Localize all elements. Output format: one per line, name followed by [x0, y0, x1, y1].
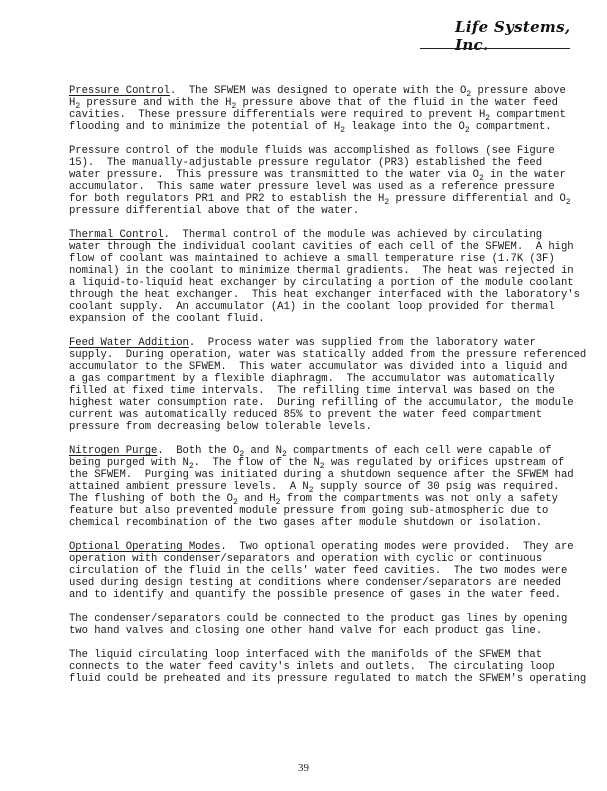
- page-number: 39: [0, 762, 607, 774]
- paragraph: Pressure control of the module fluids wa…: [69, 145, 569, 217]
- text-line: filled at fixed time intervals. The refi…: [69, 385, 569, 397]
- text-line: Pressure Control. The SFWEM was designed…: [69, 85, 569, 97]
- section-feed-water-addition: Feed Water Addition. Process water was s…: [69, 337, 569, 433]
- text-line: flooding and to minimize the potential o…: [69, 121, 569, 133]
- text-line: used during design testing at conditions…: [69, 577, 569, 589]
- text-line: 15). The manually-adjustable pressure re…: [69, 157, 569, 169]
- text-line: a liquid-to-liquid heat exchanger by cir…: [69, 277, 569, 289]
- section-nitrogen-purge: Nitrogen Purge. Both the O2 and N2 compa…: [69, 445, 569, 529]
- text-line: water through the individual coolant cav…: [69, 241, 569, 253]
- text-line: The flushing of both the O2 and H2 from …: [69, 493, 569, 505]
- section-heading: Feed Water Addition: [69, 337, 189, 349]
- section-heading: Thermal Control: [69, 229, 164, 241]
- text-line: Thermal Control. Thermal control of the …: [69, 229, 569, 241]
- text-line: water pressure. This pressure was transm…: [69, 169, 569, 181]
- section-heading: Nitrogen Purge: [69, 445, 157, 457]
- text-line: two hand valves and closing one other ha…: [69, 625, 569, 637]
- text-line: flow of coolant was maintained to achiev…: [69, 253, 569, 265]
- text-line: for both regulators PR1 and PR2 to estab…: [69, 193, 569, 205]
- text-line: connects to the water feed cavity's inle…: [69, 661, 569, 673]
- text-line: pressure from decreasing below tolerable…: [69, 421, 569, 433]
- text-line: Optional Operating Modes. Two optional o…: [69, 541, 569, 553]
- section-heading: Pressure Control: [69, 85, 170, 97]
- header-divider: [420, 48, 570, 49]
- text-line: H2 pressure and with the H2 pressure abo…: [69, 97, 569, 109]
- text-line: accumulator. This same water pressure le…: [69, 181, 569, 193]
- text-line: the SFWEM. Purging was initiated during …: [69, 469, 569, 481]
- paragraph: The liquid circulating loop interfaced w…: [69, 649, 569, 685]
- text-line: highest water consumption rate. During r…: [69, 397, 569, 409]
- text-line: nominal) in the coolant to minimize ther…: [69, 265, 569, 277]
- text-line: and to identify and quantify the possibl…: [69, 589, 569, 601]
- text-line: being purged with N2. The flow of the N2…: [69, 457, 569, 469]
- document-page: Life Systems, Inc. Pressure Control. The…: [0, 0, 607, 791]
- text-line: Feed Water Addition. Process water was s…: [69, 337, 569, 349]
- text-line: feature but also prevented module pressu…: [69, 505, 569, 517]
- section-thermal-control: Thermal Control. Thermal control of the …: [69, 229, 569, 325]
- text-line: attained ambient pressure levels. A N2 s…: [69, 481, 569, 493]
- text-line: operation with condenser/separators and …: [69, 553, 569, 565]
- text-line: current was automatically reduced 85% to…: [69, 409, 569, 421]
- text-line: a gas compartment by a flexible diaphrag…: [69, 373, 569, 385]
- text-line: chemical recombination of the two gases …: [69, 517, 569, 529]
- text-line: cavities. These pressure differentials w…: [69, 109, 569, 121]
- paragraph: The condenser/separators could be connec…: [69, 613, 569, 637]
- text-line: coolant supply. An accumulator (A1) in t…: [69, 301, 569, 313]
- text-line: Pressure control of the module fluids wa…: [69, 145, 569, 157]
- section-optional-operating-modes: Optional Operating Modes. Two optional o…: [69, 541, 569, 601]
- text-line: pressure differential above that of the …: [69, 205, 569, 217]
- text-line: The condenser/separators could be connec…: [69, 613, 569, 625]
- text-line: circulation of the fluid in the cells' w…: [69, 565, 569, 577]
- text-line: expansion of the coolant fluid.: [69, 313, 569, 325]
- text-line: accumulator to the SFWEM. This water acc…: [69, 361, 569, 373]
- body-text: Pressure Control. The SFWEM was designed…: [69, 85, 569, 697]
- text-line: through the heat exchanger. This heat ex…: [69, 289, 569, 301]
- text-line: supply. During operation, water was stat…: [69, 349, 569, 361]
- section-heading: Optional Operating Modes: [69, 541, 220, 553]
- text-line: fluid could be preheated and its pressur…: [69, 673, 569, 685]
- section-pressure-control: Pressure Control. The SFWEM was designed…: [69, 85, 569, 133]
- text-line: Nitrogen Purge. Both the O2 and N2 compa…: [69, 445, 569, 457]
- text-line: The liquid circulating loop interfaced w…: [69, 649, 569, 661]
